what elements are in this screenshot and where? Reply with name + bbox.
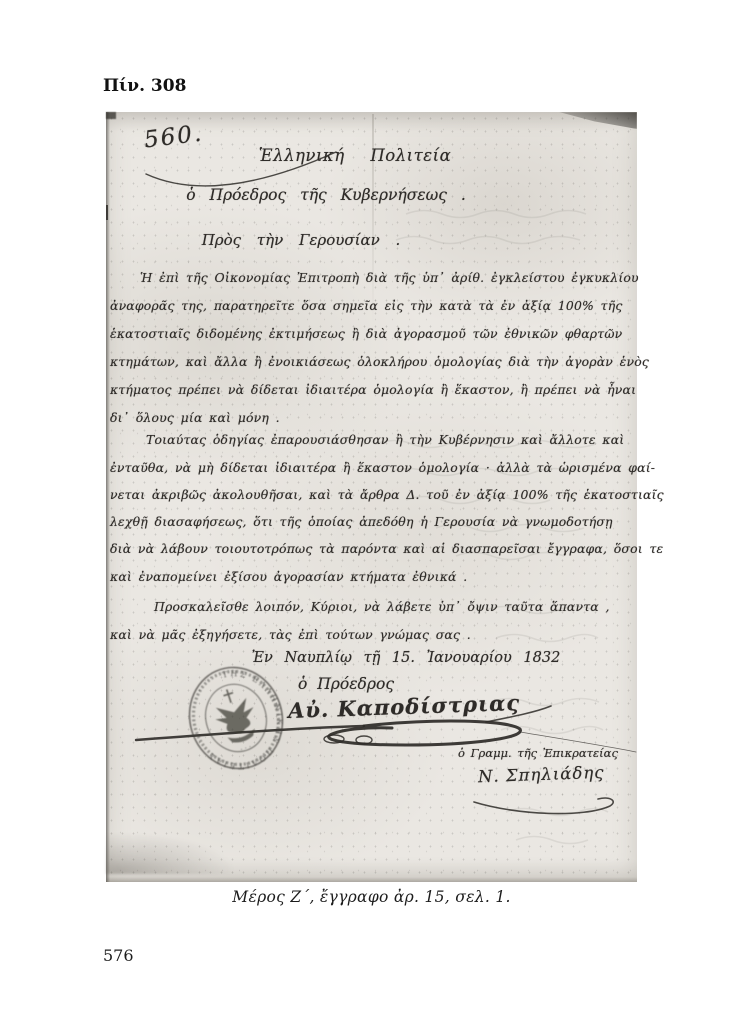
body-line: ἑκατοστιαῖς διδομένης ἐκτιμήσεως ἢ διὰ ἀ… [110, 326, 622, 341]
left-margin-mark [106, 205, 108, 220]
office-heading: ὁ Πρόεδρος τῆς Κυβερνήσεως . [156, 186, 496, 204]
countersignature-spiliadis: Ν. Σπηλιάδης [478, 763, 605, 786]
body-line: νεται ἀκριβῶς ἀκολουθῆσαι, καὶ τὰ ἄρθρα … [110, 487, 664, 502]
seal-year: · · · [239, 743, 252, 754]
body-line: καὶ ἐναπομείνει ἐξίσου ἀγορασίαν κτήματα… [110, 569, 467, 584]
body-line: καὶ νὰ μᾶς ἐξηγήσετε, τὰς ἐπὶ τούτων γνώ… [110, 627, 471, 642]
countersignature-title: ὁ Γραμμ. τῆς Ἐπικρατείας [458, 746, 618, 760]
state-seal-stamp: ΤΗΣ ΕΛΛΗΝΙΚΗΣ ΠΟΛΙΤΕΙΑΣ · · · [178, 660, 294, 776]
photo-bottom-edge-shadow [106, 877, 637, 882]
signature-kapodistrias: Αὐ. Καποδίστριας [288, 690, 521, 723]
photo-bottom-left-smudge [106, 832, 236, 874]
body-line: Τοιαύτας ὁδηγίας ἐπαρουσιάσθησαν ἢ τὴν Κ… [146, 432, 624, 447]
dateline: Ἐν Ναυπλίῳ τῇ 15. Ἰανουαρίου 1832 [246, 650, 566, 666]
body-line: ἐνταῦθα, νὰ μὴ δίδεται ἰδιαιτέρα ἢ ἕκαστ… [110, 460, 655, 475]
body-line: Ἡ ἐπὶ τῆς Οἰκονομίας Ἐπιτροπὴ διὰ τῆς ὑπ… [140, 270, 639, 285]
body-line: κτημάτων, καὶ ἄλλα ἢ ἐνοικιάσεως ὁλοκλήρ… [110, 354, 649, 369]
body-line: Προσκαλεῖσθε λοιπόν, Κύριοι, νὰ λάβετε ὑ… [154, 599, 610, 614]
photo-top-left-mark [106, 112, 116, 119]
state-heading: Ἑλληνική Πολιτεία [200, 146, 510, 165]
photo-top-right-shadow [542, 112, 637, 129]
recipient-heading: Πρὸς τὴν Γερουσίαν . [161, 231, 441, 249]
body-line: λεχθῇ διασαφήσεως, ὅτι τῆς ὁποίας ἀπεδόθ… [110, 514, 613, 529]
body-line: ἀναφορᾶς της, παρατηρεῖτε ὅσα σημεῖα εἰς… [110, 298, 622, 313]
body-line: δι᾽ ὅλους μία καὶ μόνη . [110, 410, 280, 425]
book-page: Πίν. 308 [0, 0, 743, 1027]
page-number: 576 [103, 946, 134, 965]
plate-label: Πίν. 308 [103, 76, 186, 96]
body-line: κτήματος πρέπει νὰ δίδεται ἰδιαιτέρα ὁμο… [110, 382, 636, 397]
scanned-document-photo: 560. Ἑλληνική Πολιτεία ὁ Πρόεδρος τῆς Κυ… [106, 112, 637, 882]
body-line: διὰ νὰ λάβουν τοιουτοτρόπως τὰ παρόντα κ… [110, 541, 663, 556]
figure-caption: Μέρος Ζ΄, ἔγγραφο ἀρ. 15, σελ. 1. [0, 888, 743, 906]
phoenix-emblem [212, 697, 263, 748]
protocol-number: 560. [143, 120, 205, 153]
